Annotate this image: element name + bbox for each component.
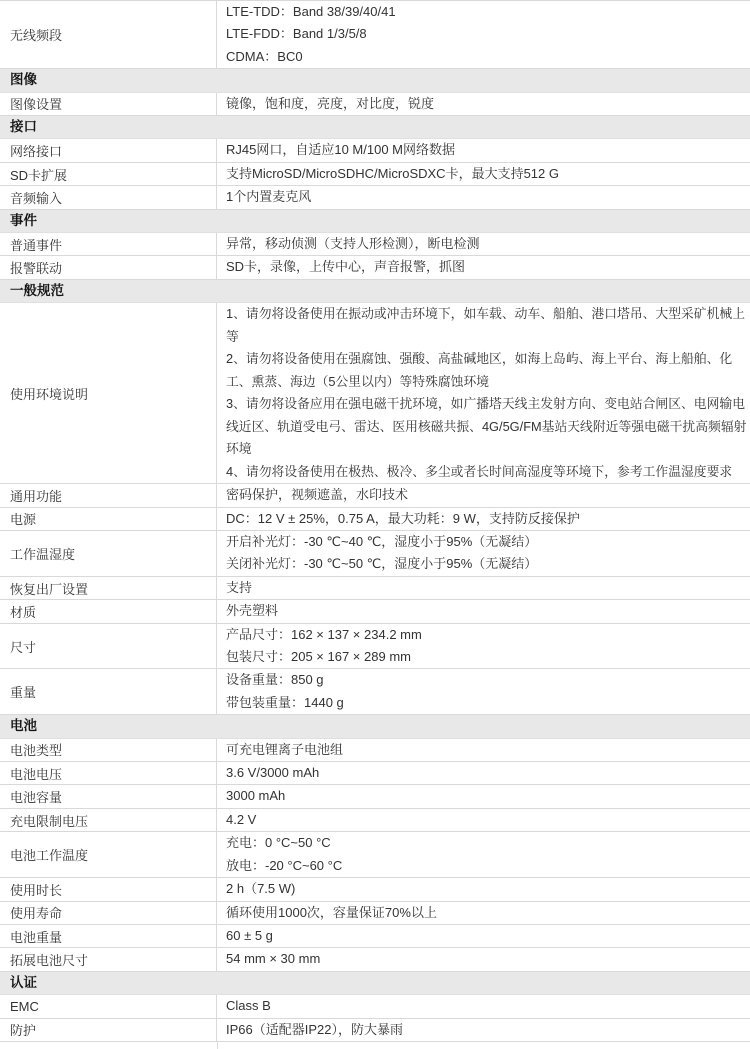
- spec-label: 音频输入: [0, 186, 217, 208]
- spec-value-line: DC：12 V ± 25%，0.75 A，最大功耗：9 W，支持防反接保护: [226, 508, 747, 530]
- spec-value-line: RJ45网口，自适应10 M/100 M网络数据: [226, 139, 747, 161]
- spec-label: 防护: [0, 1019, 217, 1041]
- spec-label: 电池重量: [0, 925, 217, 947]
- spec-row: 电源DC：12 V ± 25%，0.75 A，最大功耗：9 W，支持防反接保护: [0, 508, 750, 531]
- spec-value-line: LTE-TDD：Band 38/39/40/41: [226, 1, 747, 23]
- spec-value-line: 4、请勿将设备使用在极热、极冷、多尘或者长时间高湿度等环境下，参考工作温湿度要求: [226, 461, 747, 484]
- spec-value-line: 包装尺寸：205 × 167 × 289 mm: [226, 646, 747, 668]
- spec-value: 支持: [217, 577, 750, 599]
- spec-value: 循环使用1000次，容量保证70%以上: [217, 902, 750, 924]
- spec-row: 使用时长2 h（7.5 W): [0, 878, 750, 901]
- spec-row: 通用功能密码保护，视频遮盖，水印技术: [0, 484, 750, 507]
- spec-row: 电池重量60 ± 5 g: [0, 925, 750, 948]
- spec-value-line: 产品尺寸：162 × 137 × 234.2 mm: [226, 624, 747, 646]
- spec-label: 电源: [0, 508, 217, 530]
- spec-label: 无线频段: [0, 1, 217, 68]
- spec-value-line: 3000 mAh: [226, 785, 747, 807]
- spec-value-line: CDMA：BC0: [226, 46, 747, 68]
- spec-row: SD卡扩展支持MicroSD/MicroSDHC/MicroSDXC卡，最大支持…: [0, 163, 750, 186]
- spec-row: 电池电压3.6 V/3000 mAh: [0, 762, 750, 785]
- spec-value: SD卡，录像，上传中心，声音报警，抓图: [217, 256, 750, 278]
- spec-value-line: 54 mm × 30 mm: [226, 948, 747, 970]
- spec-value-line: 带包装重量：1440 g: [226, 692, 747, 714]
- spec-label: EMC: [0, 995, 217, 1017]
- spec-label: 恢复出厂设置: [0, 577, 217, 599]
- spec-value: 54 mm × 30 mm: [217, 948, 750, 970]
- spec-row: EMCClass B: [0, 995, 750, 1018]
- spec-label: 重量: [0, 669, 217, 714]
- spec-value: 充电：0 °C~50 °C放电：-20 °C~60 °C: [217, 832, 750, 877]
- spec-row: 音频输入1个内置麦克风: [0, 186, 750, 209]
- spec-row: 报警联动SD卡，录像，上传中心，声音报警，抓图: [0, 256, 750, 279]
- spec-value-line: 支持: [226, 577, 747, 599]
- spec-value-line: SD卡，录像，上传中心，声音报警，抓图: [226, 256, 747, 278]
- spec-value-line: 关闭补光灯：-30 ℃~50 ℃，湿度小于95%（无凝结）: [226, 553, 747, 575]
- spec-row: 电池工作温度充电：0 °C~50 °C放电：-20 °C~60 °C: [0, 832, 750, 878]
- spec-value: 异常，移动侦测（支持人形检测），断电检测: [217, 233, 750, 255]
- spec-label: 使用时长: [0, 878, 217, 900]
- spec-row: 工作温湿度开启补光灯：-30 ℃~40 ℃，湿度小于95%（无凝结）关闭补光灯：…: [0, 531, 750, 577]
- partial-next-row: [0, 1042, 750, 1049]
- spec-label: 电池电压: [0, 762, 217, 784]
- spec-label: 报警联动: [0, 256, 217, 278]
- spec-value: 3.6 V/3000 mAh: [217, 762, 750, 784]
- spec-value: 支持MicroSD/MicroSDHC/MicroSDXC卡，最大支持512 G: [217, 163, 750, 185]
- spec-label: 材质: [0, 600, 217, 622]
- spec-value-line: 外壳塑料: [226, 600, 747, 622]
- section-header: 图像: [0, 69, 750, 92]
- spec-value-line: 2、请勿将设备使用在强腐蚀、强酸、高盐碱地区，如海上岛屿、海上平台、海上船舶、化…: [226, 348, 747, 393]
- spec-value-line: 镜像，饱和度，亮度，对比度，锐度: [226, 93, 747, 115]
- spec-row: 使用环境说明1、请勿将设备使用在振动或冲击环境下，如车载、动车、船舶、港口塔吊、…: [0, 303, 750, 484]
- spec-row: 电池容量3000 mAh: [0, 785, 750, 808]
- spec-label: 网络接口: [0, 139, 217, 161]
- spec-row: 重量设备重量：850 g带包装重量：1440 g: [0, 669, 750, 715]
- spec-label: 电池工作温度: [0, 832, 217, 877]
- spec-label: 充电限制电压: [0, 809, 217, 831]
- spec-value-line: 1个内置麦克风: [226, 186, 747, 208]
- spec-label: 通用功能: [0, 484, 217, 506]
- spec-value: DC：12 V ± 25%，0.75 A，最大功耗：9 W，支持防反接保护: [217, 508, 750, 530]
- section-header: 接口: [0, 116, 750, 139]
- spec-value: 外壳塑料: [217, 600, 750, 622]
- section-header: 电池: [0, 715, 750, 738]
- spec-value: 密码保护，视频遮盖，水印技术: [217, 484, 750, 506]
- spec-value: 设备重量：850 g带包装重量：1440 g: [217, 669, 750, 714]
- spec-value-line: 异常，移动侦测（支持人形检测），断电检测: [226, 233, 747, 255]
- section-header: 认证: [0, 972, 750, 995]
- section-header: 事件: [0, 210, 750, 233]
- spec-row: 恢复出厂设置支持: [0, 577, 750, 600]
- spec-value-line: 3.6 V/3000 mAh: [226, 762, 747, 784]
- spec-value-line: 密码保护，视频遮盖，水印技术: [226, 484, 747, 506]
- spec-row: 普通事件异常，移动侦测（支持人形检测），断电检测: [0, 233, 750, 256]
- spec-label: 图像设置: [0, 93, 217, 115]
- spec-value-line: 放电：-20 °C~60 °C: [226, 855, 747, 877]
- spec-label: 电池容量: [0, 785, 217, 807]
- spec-value: RJ45网口，自适应10 M/100 M网络数据: [217, 139, 750, 161]
- spec-value: IP66（适配器IP22），防大暴雨: [217, 1019, 750, 1041]
- spec-row: 材质外壳塑料: [0, 600, 750, 623]
- spec-label: 普通事件: [0, 233, 217, 255]
- spec-label: 工作温湿度: [0, 531, 217, 576]
- spec-value-line: Class B: [226, 995, 747, 1017]
- section-header: 一般规范: [0, 280, 750, 303]
- spec-value: 产品尺寸：162 × 137 × 234.2 mm包装尺寸：205 × 167 …: [217, 624, 750, 669]
- spec-row: 网络接口RJ45网口，自适应10 M/100 M网络数据: [0, 139, 750, 162]
- spec-value: 1个内置麦克风: [217, 186, 750, 208]
- spec-value-line: 充电：0 °C~50 °C: [226, 832, 747, 854]
- spec-row: 无线频段LTE-TDD：Band 38/39/40/41LTE-FDD：Band…: [0, 1, 750, 69]
- spec-value: 3000 mAh: [217, 785, 750, 807]
- spec-value: Class B: [217, 995, 750, 1017]
- spec-value-line: 可充电锂离子电池组: [226, 739, 747, 761]
- spec-value-line: 循环使用1000次，容量保证70%以上: [226, 902, 747, 924]
- spec-value-line: 2 h（7.5 W): [226, 878, 747, 900]
- spec-label: 电池类型: [0, 739, 217, 761]
- spec-label: 使用环境说明: [0, 303, 217, 483]
- spec-value: 开启补光灯：-30 ℃~40 ℃，湿度小于95%（无凝结）关闭补光灯：-30 ℃…: [217, 531, 750, 576]
- spec-label: SD卡扩展: [0, 163, 217, 185]
- spec-label: 使用寿命: [0, 902, 217, 924]
- spec-value-line: 60 ± 5 g: [226, 925, 747, 947]
- spec-row: 充电限制电压4.2 V: [0, 809, 750, 832]
- spec-value-line: LTE-FDD：Band 1/3/5/8: [226, 23, 747, 45]
- spec-value: 2 h（7.5 W): [217, 878, 750, 900]
- spec-table: 无线频段LTE-TDD：Band 38/39/40/41LTE-FDD：Band…: [0, 0, 750, 1049]
- spec-value-line: IP66（适配器IP22），防大暴雨: [226, 1019, 747, 1041]
- spec-value: 60 ± 5 g: [217, 925, 750, 947]
- spec-value-line: 3、请勿将设备应用在强电磁干扰环境，如广播塔天线主发射方向、变电站合闸区、电网输…: [226, 393, 747, 461]
- spec-value: 1、请勿将设备使用在振动或冲击环境下，如车载、动车、船舶、港口塔吊、大型采矿机械…: [217, 303, 750, 483]
- spec-value-line: 开启补光灯：-30 ℃~40 ℃，湿度小于95%（无凝结）: [226, 531, 747, 553]
- spec-value: 镜像，饱和度，亮度，对比度，锐度: [217, 93, 750, 115]
- spec-row: 拓展电池尺寸54 mm × 30 mm: [0, 948, 750, 971]
- spec-row: 电池类型可充电锂离子电池组: [0, 739, 750, 762]
- spec-value-line: 支持MicroSD/MicroSDHC/MicroSDXC卡，最大支持512 G: [226, 163, 747, 185]
- spec-row: 图像设置镜像，饱和度，亮度，对比度，锐度: [0, 93, 750, 116]
- spec-row: 使用寿命循环使用1000次，容量保证70%以上: [0, 902, 750, 925]
- spec-value: 4.2 V: [217, 809, 750, 831]
- spec-value-line: 设备重量：850 g: [226, 669, 747, 691]
- partial-label-cell: [0, 1042, 218, 1049]
- spec-value: LTE-TDD：Band 38/39/40/41LTE-FDD：Band 1/3…: [217, 1, 750, 68]
- spec-label: 拓展电池尺寸: [0, 948, 217, 970]
- spec-value-line: 4.2 V: [226, 809, 747, 831]
- spec-row: 防护IP66（适配器IP22），防大暴雨: [0, 1019, 750, 1042]
- spec-row: 尺寸产品尺寸：162 × 137 × 234.2 mm包装尺寸：205 × 16…: [0, 624, 750, 670]
- spec-value: 可充电锂离子电池组: [217, 739, 750, 761]
- spec-label: 尺寸: [0, 624, 217, 669]
- spec-value-line: 1、请勿将设备使用在振动或冲击环境下，如车载、动车、船舶、港口塔吊、大型采矿机械…: [226, 303, 747, 348]
